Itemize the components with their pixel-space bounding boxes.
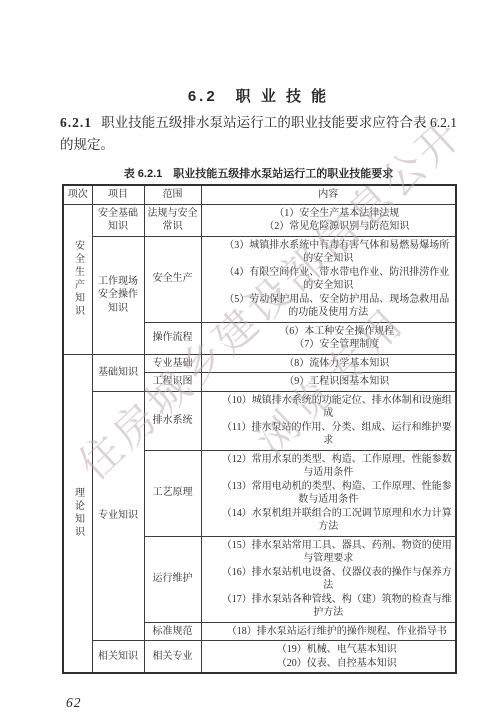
table-row: 工作现场安全操作知识安全生产（3）城镇排水系统中有毒有害气体和易燃易爆场所的安全… [63, 236, 456, 322]
content-item: （1）安全生产基本法律法规 [203, 207, 455, 221]
page-number: 62 [66, 695, 82, 711]
cell-content: （6）本工种安全操作规程（7）安全管理制度 [201, 322, 456, 354]
cell-content: （15）排水泵站常用工具、器具、药剂、物资的使用与管理要求（16）排水泵站机电设… [201, 536, 456, 622]
content-item: （8）流体力学基本知识 [203, 357, 455, 371]
vertical-label: 安全生产知识 [71, 240, 85, 318]
content-item: （19）机械、电气基本知识 [203, 643, 455, 657]
table-body: 安全生产知识安全基础知识法规与安全常识（1）安全生产基本法律法规（2）常见危险源… [63, 204, 456, 673]
cell-scope: 法规与安全常识 [144, 204, 201, 236]
cell-item-group-theory: 理论知识 [63, 354, 92, 673]
content-item: （2）常见危险源识别与防范知识 [203, 220, 455, 234]
cell-item-group-safety: 安全生产知识 [63, 204, 92, 354]
content-item: （20）仪表、自控基本知识 [203, 657, 455, 671]
cell-scope: 安全生产 [144, 236, 201, 322]
cell-content: （10）城镇排水系统的功能定位、排水体制和设施组成（11）排水泵站的作用、分类、… [201, 391, 456, 450]
table-caption: 表 6.2.1 职业技能五级排水泵站运行工的职业技能要求 [62, 165, 455, 181]
table-row: 相关知识相关专业（19）机械、电气基本知识（20）仪表、自控基本知识 [63, 641, 456, 674]
cell-project: 相关知识 [92, 641, 144, 674]
content-item: （12）常用水泵的类型、构造、工作原理、性能参数与适用条件 [203, 453, 455, 480]
clause-number: 6.2.1 [60, 115, 92, 130]
content-item: （9）工程识图基本知识 [203, 375, 455, 389]
document-page: 住房城乡建设部信息公开 浏览专用 6.2 职 业 技 能 6.2.1职业技能五级… [0, 0, 500, 724]
table-row: 安全生产知识安全基础知识法规与安全常识（1）安全生产基本法律法规（2）常见危险源… [63, 204, 456, 236]
table-row: 理论知识基础知识专业基础（8）流体力学基本知识 [63, 354, 456, 373]
content-item: （11）排水泵站的作用、分类、组成、运行和维护要求 [203, 421, 455, 448]
content-item: （18）排水泵站运行维护的操作规程、作业指导书 [203, 625, 455, 639]
column-header: 范围 [144, 185, 201, 204]
cell-scope: 运行维护 [144, 536, 201, 622]
cell-project: 基础知识 [92, 354, 144, 391]
content-item: （13）常用电动机的类型、构造、工作原理、性能参数与适用条件 [203, 480, 455, 507]
cell-project: 安全基础知识 [92, 204, 144, 236]
cell-content: （9）工程识图基本知识 [201, 373, 456, 392]
cell-content: （12）常用水泵的类型、构造、工作原理、性能参数与适用条件（13）常用电动机的类… [201, 450, 456, 536]
content-item: （16）排水泵站机电设备、仪器仪表的操作与保养方法 [203, 566, 455, 593]
content-item: （17）排水泵站各种管线、构（建）筑物的检查与维护方法 [203, 593, 455, 620]
column-header: 内容 [201, 185, 456, 204]
table-header-row: 项次项目范围内容 [63, 185, 456, 204]
cell-content: （3）城镇排水系统中有毒有害气体和易燃易爆场所的安全知识（4）有限空间作业、带水… [201, 236, 456, 322]
clause-paragraph: 6.2.1职业技能五级排水泵站运行工的职业技能要求应符合表 6.2.1 的规定。 [60, 112, 457, 156]
cell-scope: 工程识图 [144, 373, 201, 392]
vertical-label: 理论知识 [71, 487, 85, 539]
content-item: （15）排水泵站常用工具、器具、药剂、物资的使用与管理要求 [203, 539, 455, 566]
cell-scope: 操作流程 [144, 322, 201, 354]
cell-scope: 标准规范 [144, 622, 201, 641]
skills-table: 项次项目范围内容 安全生产知识安全基础知识法规与安全常识（1）安全生产基本法律法… [62, 184, 457, 674]
cell-content: （18）排水泵站运行维护的操作规程、作业指导书 [201, 622, 456, 641]
cell-scope: 工艺原理 [144, 450, 201, 536]
cell-content: （8）流体力学基本知识 [201, 354, 456, 373]
cell-content: （1）安全生产基本法律法规（2）常见危险源识别与防范知识 [201, 204, 456, 236]
section-title: 6.2 职 业 技 能 [62, 85, 455, 106]
column-header: 项目 [92, 185, 144, 204]
content-item: （3）城镇排水系统中有毒有害气体和易燃易爆场所的安全知识 [203, 239, 455, 266]
clause-text: 职业技能五级排水泵站运行工的职业技能要求应符合表 6.2.1 的规定。 [60, 115, 457, 152]
cell-project: 专业知识 [92, 391, 144, 641]
content-item: （6）本工种安全操作规程 [203, 325, 455, 339]
column-header: 项次 [63, 185, 92, 204]
cell-content: （19）机械、电气基本知识（20）仪表、自控基本知识 [201, 641, 456, 674]
cell-scope: 专业基础 [144, 354, 201, 373]
content-item: （4）有限空间作业、带水带电作业、防汛排涝作业的安全知识 [203, 266, 455, 293]
cell-scope: 排水系统 [144, 391, 201, 450]
table-row: 专业知识排水系统（10）城镇排水系统的功能定位、排水体制和设施组成（11）排水泵… [63, 391, 456, 450]
content-item: （14）水泵机组并联组合的工况调节原理和水力计算方法 [203, 507, 455, 534]
content-item: （5）劳动保护用品、安全防护用品、现场急救用品的功能及使用方法 [203, 293, 455, 320]
content-item: （7）安全管理制度 [203, 338, 455, 352]
cell-scope: 相关专业 [144, 641, 201, 674]
cell-project: 工作现场安全操作知识 [92, 236, 144, 354]
content-item: （10）城镇排水系统的功能定位、排水体制和设施组成 [203, 394, 455, 421]
